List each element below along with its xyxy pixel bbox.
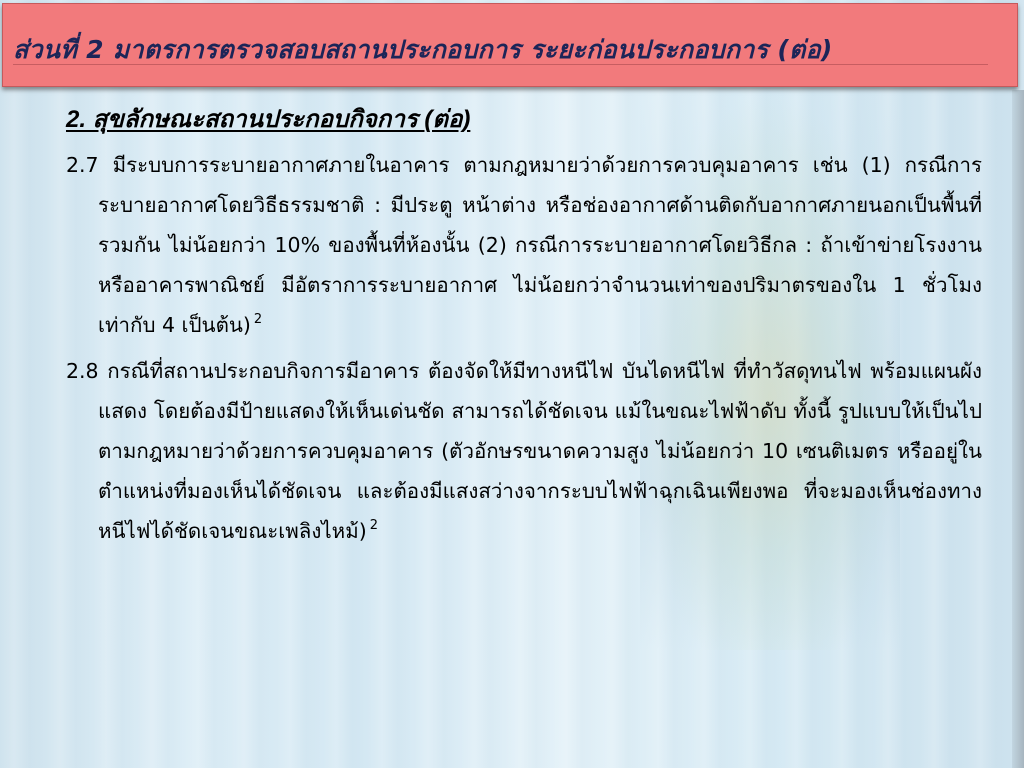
title-banner: ส่วนที่ 2 มาตรการตรวจสอบสถานประกอบการ ระ… — [2, 3, 1018, 87]
item-2-7: 2.7 มีระบบการระบายอากาศภายในอาคาร ตามกฎห… — [66, 145, 982, 345]
slide-body: 2. สุขลักษณะสถานประกอบกิจการ (ต่อ) 2.7 ม… — [66, 103, 982, 551]
footnote-reference: 2 — [370, 518, 378, 533]
item-number: 2.8 — [66, 359, 99, 383]
section-subheading: 2. สุขลักษณะสถานประกอบกิจการ (ต่อ) — [66, 103, 982, 137]
footnote-reference: 2 — [254, 312, 262, 327]
item-2-8: 2.8 กรณีที่สถานประกอบกิจการมีอาคาร ต้องจ… — [66, 351, 982, 551]
item-text: มีระบบการระบายอากาศภายในอาคาร ตามกฎหมายว… — [98, 153, 982, 337]
title-underline-rule — [13, 64, 988, 65]
item-text: กรณีที่สถานประกอบกิจการมีอาคาร ต้องจัดให… — [98, 359, 982, 543]
slide-right-edge — [1012, 90, 1024, 768]
item-number: 2.7 — [66, 153, 99, 177]
